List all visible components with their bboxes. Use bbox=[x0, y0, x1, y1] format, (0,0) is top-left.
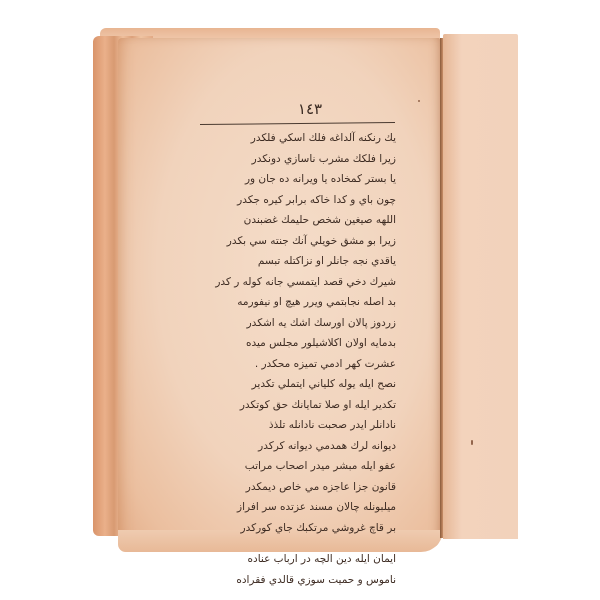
text-line: زيرا فلكك مشرب ناسازي دونكدر bbox=[200, 149, 396, 170]
text-line: نصح ايله يوله كلياني ايتملي تكدير bbox=[200, 374, 396, 395]
text-line: شيرك دخي قصد ايتمسي جانه كوله ر كدر bbox=[200, 272, 396, 293]
text-line: يا بستر كمخاده يا ويرانه ده جان ور bbox=[200, 169, 396, 190]
paper-foxing-spot bbox=[418, 100, 420, 102]
text-line: عفو ايله مبشر ميدر اصحاب مراتب bbox=[200, 456, 396, 477]
text-line: بد اصله نجابتمي ويرر هيچ او نيفورمه bbox=[200, 292, 396, 313]
text-line: يك رنكنه آلداغه فلك اسكي فلكدر bbox=[200, 128, 396, 149]
text-line: زيرا بو مشق خويلي آنك جنته سي بكدر bbox=[200, 231, 396, 252]
right-page bbox=[443, 34, 518, 539]
book-gutter bbox=[440, 38, 443, 538]
text-line: بدمايه اولان اكلاشيلور مجلس ميده bbox=[200, 333, 396, 354]
text-line: ايمان ايله دين الچه در ارباب عناده bbox=[200, 549, 396, 570]
text-line: چون باي و كدا خاكه برابر كيره جكدر bbox=[200, 190, 396, 211]
page-number: ١٤٣ bbox=[280, 100, 340, 118]
text-line: ياقدي نجه جانلر او نزاكتله تبسم bbox=[200, 251, 396, 272]
text-line: عشرت كهر ادمي تميزه محكدر . bbox=[200, 354, 396, 375]
text-line: نادانلر ايدر صحبت نادانله تلذذ bbox=[200, 415, 396, 436]
text-line: ميلبونله چالان مسند عزتده سر افراز bbox=[200, 497, 396, 518]
paper-foxing-spot bbox=[471, 440, 473, 445]
text-line: اللهه صيغين شخص حليمك غضبندن bbox=[200, 210, 396, 231]
poem-text: يك رنكنه آلداغه فلك اسكي فلكدر زيرا فلكك… bbox=[200, 128, 396, 590]
text-line: قانون جزا عاجزه مي خاص ديمكدر bbox=[200, 477, 396, 498]
text-line: تكدير ايله او صلا تمايانك حق كوتكدر bbox=[200, 395, 396, 416]
text-line: بر قاچ غروشي مرتكبك جاي كوركدر bbox=[200, 518, 396, 539]
text-line: ناموس و حميت سوزي قالدي فقراده bbox=[200, 570, 396, 591]
text-line: ديوانه لرك همدمي ديوانه كركدر bbox=[200, 436, 396, 457]
text-line: زردوز پالان اورسك اشك يه اشكدر bbox=[200, 313, 396, 334]
